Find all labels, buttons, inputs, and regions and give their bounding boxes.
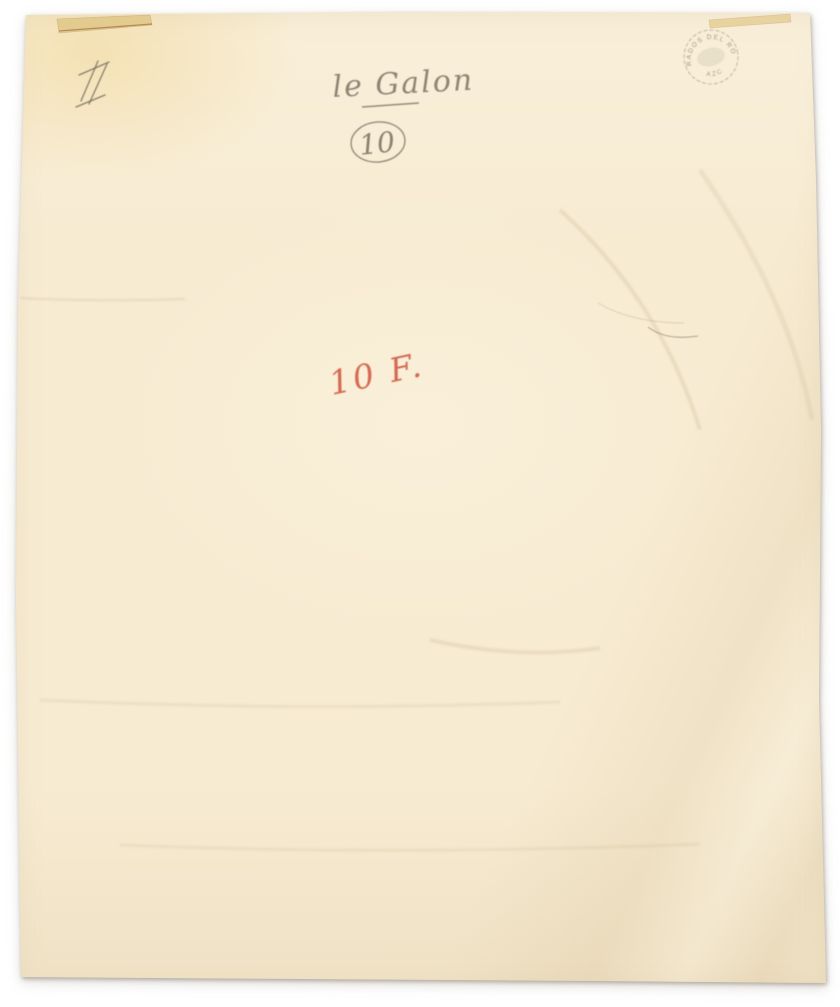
paper-sheet	[0, 0, 840, 1007]
artwork-verso-photo: le Galon 10 10 F. RADOS DEL RO AZC	[0, 0, 840, 1007]
paper-sheet-wrap	[0, 0, 840, 1007]
